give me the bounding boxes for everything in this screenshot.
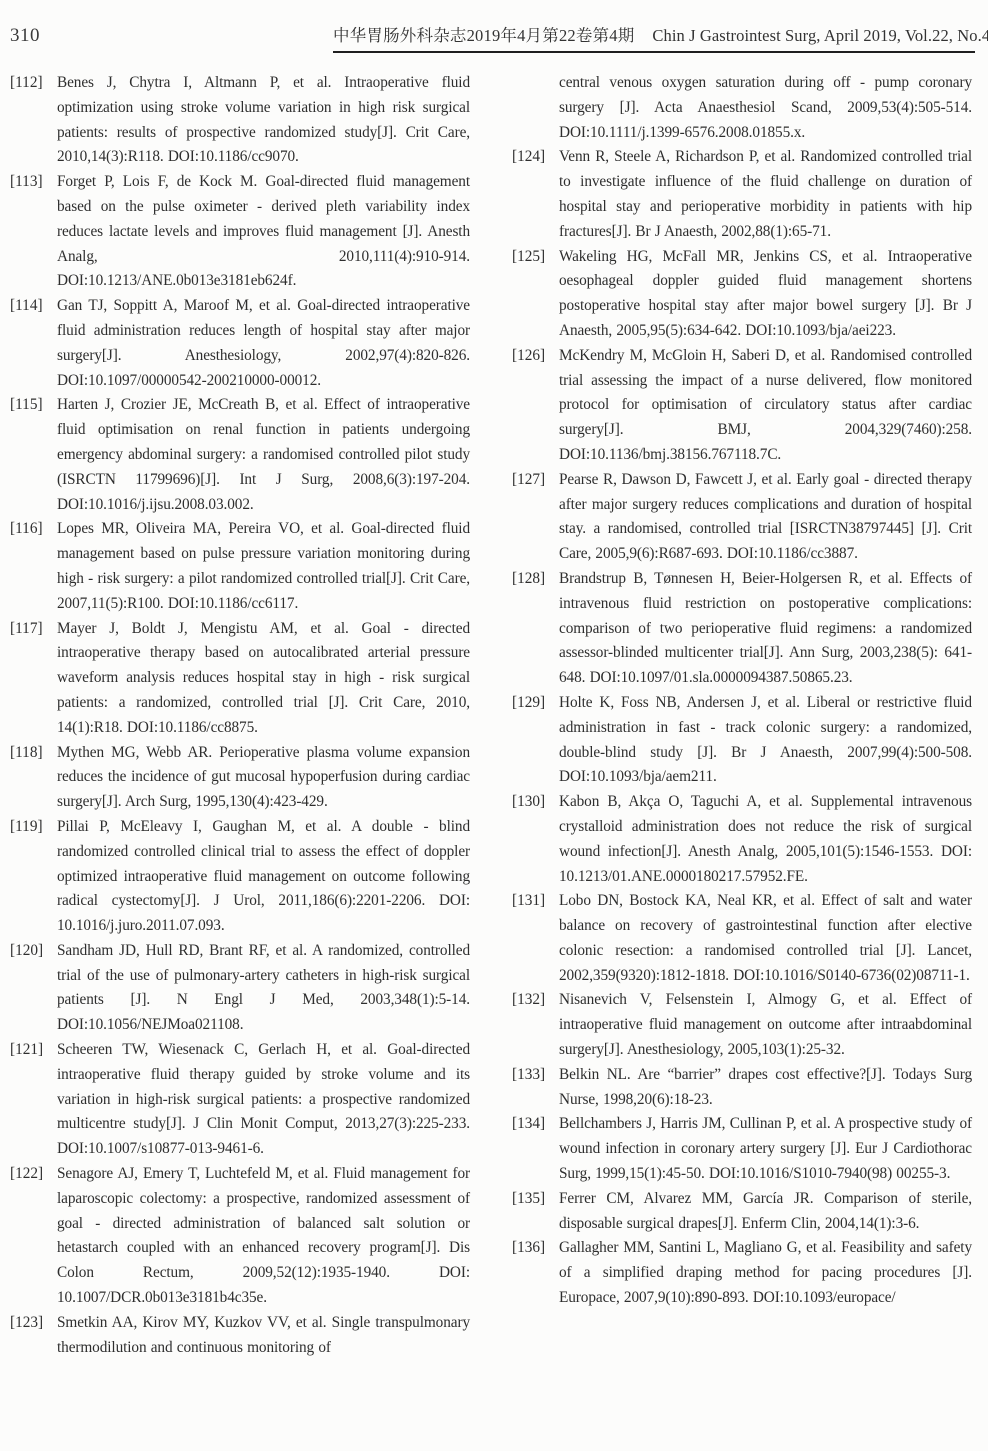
page-header: 310 中华胃肠外科杂志2019年4月第22卷第4期 Chin J Gastro…: [0, 0, 988, 53]
reference-text: Benes J, Chytra I, Altmann P, et al. Int…: [57, 71, 470, 170]
reference-number: [117]: [10, 617, 57, 741]
reference-entry: [116]Lopes MR, Oliveira MA, Pereira VO, …: [10, 517, 470, 616]
reference-entry: [121]Scheeren TW, Wiesenack C, Gerlach H…: [10, 1038, 470, 1162]
reference-entry: [127]Pearse R, Dawson D, Fawcett J, et a…: [512, 468, 972, 567]
references-right-column: central venous oxygen saturation during …: [512, 71, 972, 1360]
reference-entry: [122]Senagore AJ, Emery T, Luchtefeld M,…: [10, 1162, 470, 1311]
reference-text: Venn R, Steele A, Richardson P, et al. R…: [559, 145, 972, 244]
reference-text: Ferrer CM, Alvarez MM, García JR. Compar…: [559, 1187, 972, 1237]
running-head: 中华胃肠外科杂志2019年4月第22卷第4期 Chin J Gastrointe…: [333, 22, 975, 53]
reference-number: [116]: [10, 517, 57, 616]
journal-title-chinese: 中华胃肠外科杂志2019年4月第22卷第4期: [333, 22, 634, 46]
reference-entry: [129]Holte K, Foss NB, Andersen J, et al…: [512, 691, 972, 790]
reference-entry: [114]Gan TJ, Soppitt A, Maroof M, et al.…: [10, 294, 470, 393]
reference-text: Mayer J, Boldt J, Mengistu AM, et al. Go…: [57, 617, 470, 741]
reference-text: Sandham JD, Hull RD, Brant RF, et al. A …: [57, 939, 470, 1038]
reference-text: Nisanevich V, Felsenstein I, Almogy G, e…: [559, 988, 972, 1062]
reference-number: [115]: [10, 393, 57, 517]
reference-number: [120]: [10, 939, 57, 1038]
reference-entry: [134]Bellchambers J, Harris JM, Cullinan…: [512, 1112, 972, 1186]
reference-entry: [119]Pillai P, McEleavy I, Gaughan M, et…: [10, 815, 470, 939]
reference-entry: [132]Nisanevich V, Felsenstein I, Almogy…: [512, 988, 972, 1062]
reference-text: Holte K, Foss NB, Andersen J, et al. Lib…: [559, 691, 972, 790]
reference-number: [129]: [512, 691, 559, 790]
page-number: 310: [10, 26, 40, 53]
reference-number: [127]: [512, 468, 559, 567]
reference-number: [113]: [10, 170, 57, 294]
reference-text: McKendry M, McGloin H, Saberi D, et al. …: [559, 344, 972, 468]
references-left-column: [112]Benes J, Chytra I, Altmann P, et al…: [10, 71, 470, 1360]
reference-entry: [113]Forget P, Lois F, de Kock M. Goal-d…: [10, 170, 470, 294]
reference-number: [125]: [512, 245, 559, 344]
reference-number: [121]: [10, 1038, 57, 1162]
reference-text: central venous oxygen saturation during …: [559, 71, 972, 145]
reference-entry: [131]Lobo DN, Bostock KA, Neal KR, et al…: [512, 889, 972, 988]
reference-number: [130]: [512, 790, 559, 889]
journal-page: 310 中华胃肠外科杂志2019年4月第22卷第4期 Chin J Gastro…: [0, 0, 988, 1451]
reference-text: Scheeren TW, Wiesenack C, Gerlach H, et …: [57, 1038, 470, 1162]
reference-entry: [128]Brandstrup B, Tønnesen H, Beier-Hol…: [512, 567, 972, 691]
reference-text: Gallagher MM, Santini L, Magliano G, et …: [559, 1236, 972, 1310]
reference-number: [512, 71, 559, 145]
reference-number: [112]: [10, 71, 57, 170]
reference-number: [126]: [512, 344, 559, 468]
reference-entry: [130]Kabon B, Akça O, Taguchi A, et al. …: [512, 790, 972, 889]
reference-number: [118]: [10, 741, 57, 815]
reference-number: [133]: [512, 1063, 559, 1113]
reference-entry: [115]Harten J, Crozier JE, McCreath B, e…: [10, 393, 470, 517]
reference-entry: [135]Ferrer CM, Alvarez MM, García JR. C…: [512, 1187, 972, 1237]
reference-number: [128]: [512, 567, 559, 691]
reference-text: Pillai P, McEleavy I, Gaughan M, et al. …: [57, 815, 470, 939]
reference-entry: [126]McKendry M, McGloin H, Saberi D, et…: [512, 344, 972, 468]
reference-entry: [136]Gallagher MM, Santini L, Magliano G…: [512, 1236, 972, 1310]
reference-text: Wakeling HG, McFall MR, Jenkins CS, et a…: [559, 245, 972, 344]
reference-text: Forget P, Lois F, de Kock M. Goal-direct…: [57, 170, 470, 294]
reference-number: [135]: [512, 1187, 559, 1237]
reference-text: Brandstrup B, Tønnesen H, Beier-Holgerse…: [559, 567, 972, 691]
reference-number: [124]: [512, 145, 559, 244]
reference-number: [119]: [10, 815, 57, 939]
reference-entry-continuation: central venous oxygen saturation during …: [512, 71, 972, 145]
reference-text: Smetkin AA, Kirov MY, Kuzkov VV, et al. …: [57, 1311, 470, 1361]
reference-entry: [133]Belkin NL. Are “barrier” drapes cos…: [512, 1063, 972, 1113]
reference-entry: [125]Wakeling HG, McFall MR, Jenkins CS,…: [512, 245, 972, 344]
reference-text: Lopes MR, Oliveira MA, Pereira VO, et al…: [57, 517, 470, 616]
journal-title-english: Chin J Gastrointest Surg, April 2019, Vo…: [652, 26, 988, 46]
reference-entry: [117]Mayer J, Boldt J, Mengistu AM, et a…: [10, 617, 470, 741]
reference-text: Gan TJ, Soppitt A, Maroof M, et al. Goal…: [57, 294, 470, 393]
reference-entry: [120]Sandham JD, Hull RD, Brant RF, et a…: [10, 939, 470, 1038]
reference-text: Mythen MG, Webb AR. Perioperative plasma…: [57, 741, 470, 815]
reference-number: [131]: [512, 889, 559, 988]
reference-number: [132]: [512, 988, 559, 1062]
reference-text: Bellchambers J, Harris JM, Cullinan P, e…: [559, 1112, 972, 1186]
reference-entry: [124]Venn R, Steele A, Richardson P, et …: [512, 145, 972, 244]
reference-number: [114]: [10, 294, 57, 393]
references-section: [112]Benes J, Chytra I, Altmann P, et al…: [0, 53, 988, 1360]
reference-entry: [118]Mythen MG, Webb AR. Perioperative p…: [10, 741, 470, 815]
reference-entry: [123]Smetkin AA, Kirov MY, Kuzkov VV, et…: [10, 1311, 470, 1361]
reference-number: [134]: [512, 1112, 559, 1186]
reference-number: [136]: [512, 1236, 559, 1310]
reference-entry: [112]Benes J, Chytra I, Altmann P, et al…: [10, 71, 470, 170]
reference-text: Lobo DN, Bostock KA, Neal KR, et al. Eff…: [559, 889, 972, 988]
reference-text: Kabon B, Akça O, Taguchi A, et al. Suppl…: [559, 790, 972, 889]
reference-text: Pearse R, Dawson D, Fawcett J, et al. Ea…: [559, 468, 972, 567]
reference-number: [123]: [10, 1311, 57, 1361]
reference-text: Harten J, Crozier JE, McCreath B, et al.…: [57, 393, 470, 517]
reference-text: Senagore AJ, Emery T, Luchtefeld M, et a…: [57, 1162, 470, 1311]
reference-text: Belkin NL. Are “barrier” drapes cost eff…: [559, 1063, 972, 1113]
reference-number: [122]: [10, 1162, 57, 1311]
